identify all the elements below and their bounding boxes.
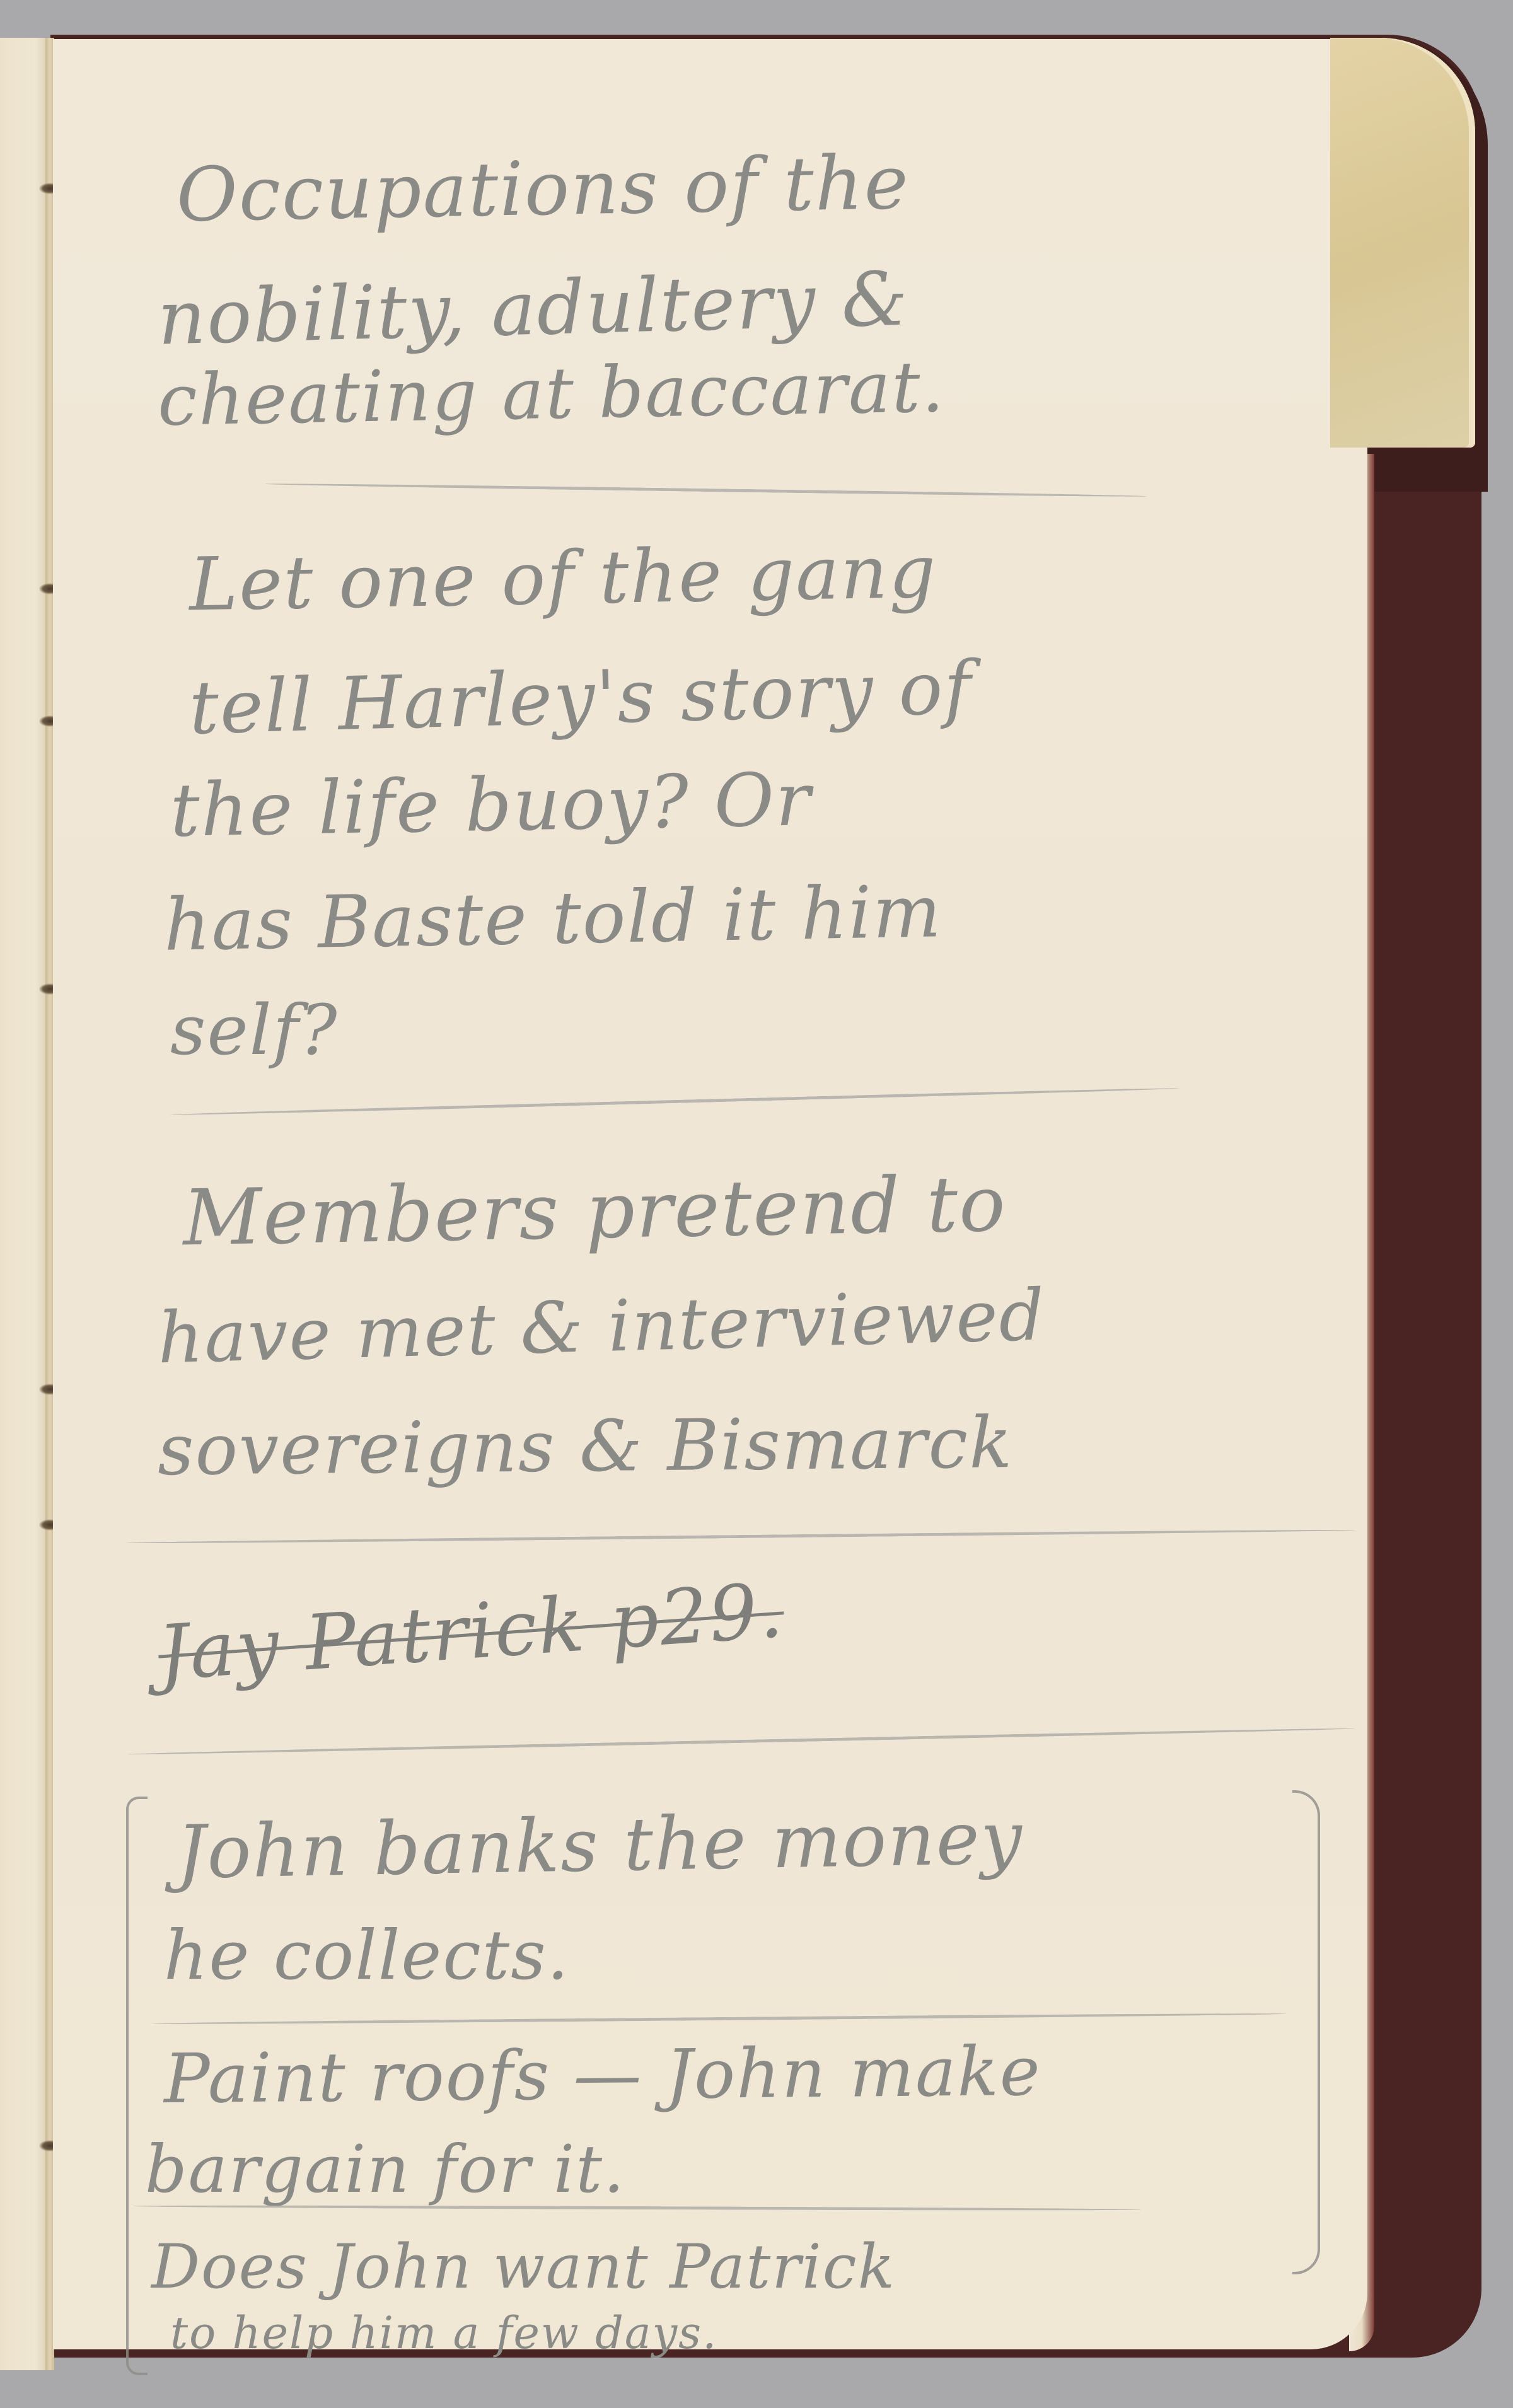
note-line: Members pretend to (182, 1159, 1007, 1263)
note-line: Occupations of the (176, 139, 910, 238)
margin-bracket-right (1292, 1790, 1320, 2274)
note-line: sovereigns & Bismarck (157, 1402, 1013, 1491)
aged-corner-tab (1330, 38, 1475, 448)
note-line: to help him a few days. (170, 2307, 717, 2359)
note-line: John banks the money (176, 1795, 1024, 1895)
note-line: self? (170, 990, 338, 1070)
note-line: the life buoy? Or (170, 757, 813, 854)
note-line: Does John want Patrick (151, 2231, 896, 2302)
note-line: Let one of the gang (188, 530, 937, 628)
note-line: bargain for it. (145, 2131, 625, 2208)
margin-bracket-left (126, 1797, 148, 2375)
facing-page (0, 38, 50, 2370)
note-line: he collects. (164, 1916, 570, 1995)
note-line: cheating at baccarat. (157, 346, 946, 442)
note-line: has Baste told it him (163, 869, 943, 967)
note-line: Paint roofs — John make (163, 2032, 1041, 2119)
